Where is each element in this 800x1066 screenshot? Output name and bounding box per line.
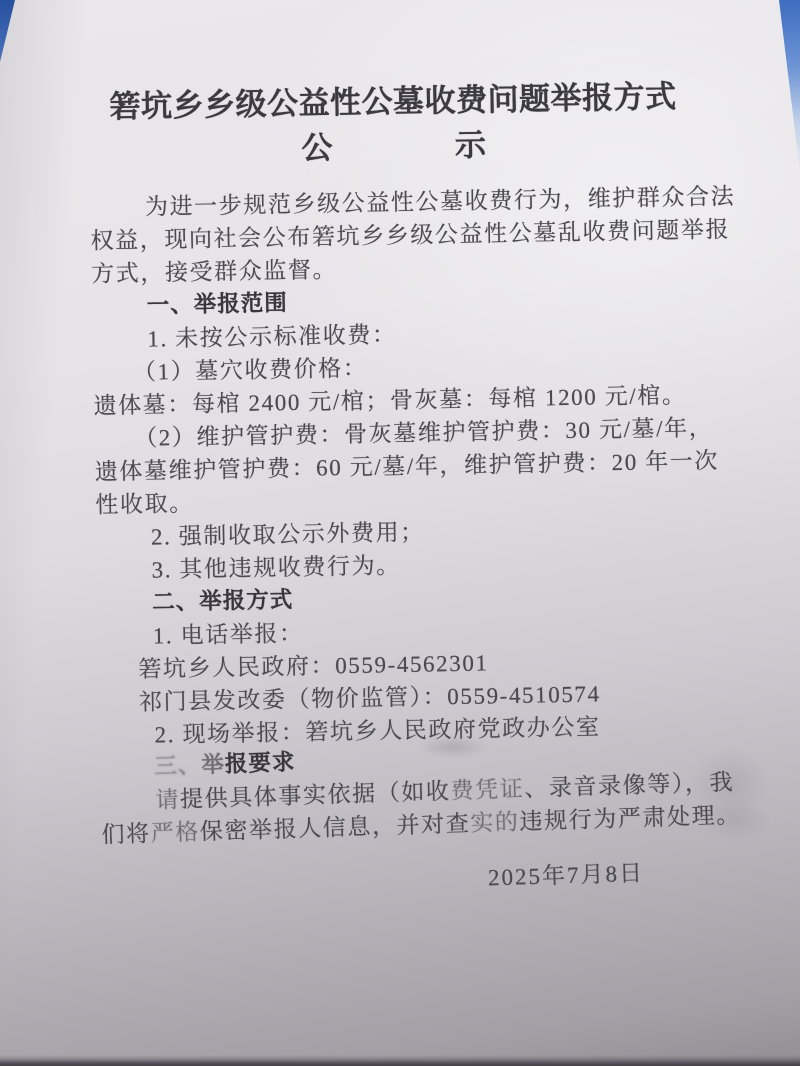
title-spacer xyxy=(333,156,455,158)
table-edge xyxy=(0,1055,800,1066)
notice-document: 箬坑乡乡级公益性公墓收费问题举报方式 公示 为进一步规范乡级公益性公墓收费行为，… xyxy=(0,0,791,7)
section3-heading-faded: 三、 xyxy=(154,752,202,779)
document-body: 为进一步规范乡级公益性公墓收费行为，维护群众合法 权益，现向社会公布箬坑乡乡级公… xyxy=(90,179,771,906)
req2-seg3: 实的 xyxy=(470,809,520,836)
section3-heading-semi: 举 xyxy=(201,752,225,779)
title-line2-left: 公 xyxy=(301,130,333,166)
req1-seg0: 请 xyxy=(155,787,180,813)
req1-seg1: 提供具体事实依据（如收 xyxy=(180,779,451,812)
req2-seg2: 保密举报人信息，并对查 xyxy=(199,811,470,844)
req2-seg0: 们将 xyxy=(101,821,151,848)
req2-seg4: 违规行为严肃处理。 xyxy=(519,802,741,834)
section3-heading-rest: 报要求 xyxy=(224,749,295,777)
title-line2-right: 示 xyxy=(455,127,487,163)
background-corner-top-left xyxy=(0,0,15,62)
req2-seg1: 严格 xyxy=(150,819,200,846)
section3-block: 三、举报要求 请提供具体事实依据（如收费凭证、录音录像等），我 们将严格保密举报… xyxy=(99,732,772,907)
req1-seg3: 、录音录像等），我 xyxy=(524,770,735,802)
req1-seg2: 费凭证 xyxy=(450,776,525,803)
photo-of-notice: 箬坑乡乡级公益性公墓收费问题举报方式 公示 为进一步规范乡级公益性公墓收费行为，… xyxy=(0,0,800,1066)
document-date: 2025年7月8日 xyxy=(103,853,772,907)
